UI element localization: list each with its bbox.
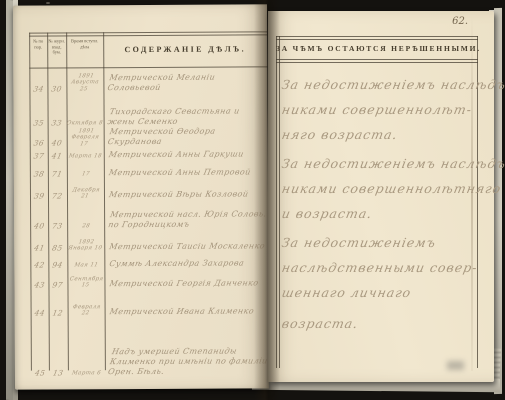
handwriting: За недостиженіемъ xyxy=(281,235,438,250)
handwriting: За недостиженіемъ наслѣдъ xyxy=(281,156,505,171)
ledger-row: 3533Октября 8Тихорадскаго Севастьяна и ж… xyxy=(29,92,267,127)
page-edge-stack-left xyxy=(6,0,13,400)
cell-no: 35 xyxy=(30,118,48,127)
handwriting: 45 xyxy=(34,369,46,378)
cell-no: 34 xyxy=(29,84,47,93)
handwriting: возраста. xyxy=(281,316,360,331)
cell-no: 37 xyxy=(30,152,48,161)
ledger-row: 34301891 Августа 25Метрической Меланіи С… xyxy=(29,68,267,93)
table-rule xyxy=(279,36,280,368)
table-rule xyxy=(29,31,267,33)
handwriting: Метрической Таисіи Москаленко xyxy=(108,242,266,253)
cell-date: Марта 6 xyxy=(68,370,105,378)
handwriting: 13 xyxy=(52,369,64,378)
ledger-row: 4294Мая 11Суммѣ Александра Захарова xyxy=(30,252,268,270)
handwriting: Суммѣ Александра Захарова xyxy=(108,259,245,270)
cell-journal: 94 xyxy=(48,261,67,270)
cell-no: 42 xyxy=(30,261,48,270)
handwriting: Марта 18 xyxy=(68,153,102,159)
archive-smudge xyxy=(447,361,464,370)
handwriting: Марта 6 xyxy=(71,370,101,376)
handwriting: Метрической Ѳеодора Скурданова xyxy=(107,126,270,147)
cell-no: 43 xyxy=(30,281,48,290)
ledger-row: 4412Февраля 22Метрической Ивана Клименко xyxy=(30,289,268,318)
right-table-title: ЗА ЧѢМЪ ОСТАЮТСЯ НЕРѢШЕННЫМИ. xyxy=(276,44,478,53)
column-header-journal: № журн. вход. бум. xyxy=(47,38,66,66)
ledger-row: 3741Марта 18Метрической Анны Гаркуши xyxy=(30,147,268,161)
ledger-row: 4397Сентября 15Метрической Георгія Данче… xyxy=(30,269,268,290)
handwriting: Надъ умершей Степаниды Клименко при имѣн… xyxy=(107,346,272,378)
cell-journal: 12 xyxy=(49,309,68,318)
cell-date: 28 xyxy=(67,223,104,231)
table-rule xyxy=(29,34,267,36)
handwriting: 30 xyxy=(51,84,63,93)
reason-line: За недостиженіемъ наслѣдъ xyxy=(282,77,474,102)
handwriting: Метрической Ивана Клименко xyxy=(109,307,255,318)
cell-date: Сентября 15 xyxy=(67,276,104,290)
handwriting: 40 xyxy=(33,222,45,231)
ledger-row: 36401891 Февраля 17Метрической Ѳеодора С… xyxy=(30,126,268,148)
handwriting: Метрической Анны Петровой xyxy=(108,168,252,179)
handwriting: Февраля 22 xyxy=(66,304,105,317)
reason-line: никами совершеннолѣтняго xyxy=(282,181,474,206)
page-number: 62. xyxy=(452,16,468,27)
cell-date: Марта 18 xyxy=(67,153,104,161)
handwriting: 17 xyxy=(81,171,90,177)
cell-journal: 13 xyxy=(49,369,68,378)
handwriting: Метрической насл. Юрія Соловь. по Городн… xyxy=(107,209,270,230)
cell-journal: 33 xyxy=(48,118,67,127)
cell-text: Метрической Георгія Данченко xyxy=(104,279,268,290)
reason-line: За недостиженіемъ xyxy=(282,235,474,260)
ledger-row: 4513Марта 6Надъ умершей Степаниды Климен… xyxy=(31,317,269,378)
cell-no: 45 xyxy=(31,369,49,378)
cell-journal: 85 xyxy=(48,244,67,253)
cell-no: 36 xyxy=(30,139,48,148)
cell-journal: 73 xyxy=(48,222,67,231)
handwriting: 43 xyxy=(33,281,45,290)
cell-text: Метрической Таисіи Москаленко xyxy=(104,242,268,253)
cell-date: Февраля 22 xyxy=(68,304,105,318)
cell-text: Метрической Ивана Клименко xyxy=(105,307,269,318)
handwriting: Декабря 21 xyxy=(66,187,105,200)
ledger-row: 407328Метрической насл. Юрія Соловь. по … xyxy=(30,200,268,231)
handwriting: 1892 Января 10 xyxy=(66,239,105,252)
handwriting: 38 xyxy=(33,170,45,179)
dust-speck xyxy=(46,2,50,4)
cell-text: Метрической Меланіи Соловьевой xyxy=(103,72,267,93)
cell-date: Декабря 21 xyxy=(67,187,104,201)
handwriting: За недостиженіемъ наслѣдъ xyxy=(281,77,505,92)
cell-journal: 97 xyxy=(48,281,67,290)
cell-date: 1891 Февраля 17 xyxy=(67,128,104,148)
cell-text: Метрической Вѣры Козловой xyxy=(104,190,268,201)
handwriting: 1891 Августа 25 xyxy=(65,73,106,92)
handwriting: Тихорадскаго Севастьяна и жены Семенко xyxy=(107,106,270,127)
handwriting: 73 xyxy=(52,222,64,231)
handwriting: Метрической Анны Гаркуши xyxy=(108,150,245,161)
ledger-row: 41851892 Января 10Метрической Таисіи Мос… xyxy=(30,230,268,253)
ledger-rows: 34301891 Августа 25Метрической Меланіи С… xyxy=(29,68,269,378)
cell-date: 1892 Января 10 xyxy=(67,239,104,253)
cell-text: Тихорадскаго Севастьяна и жены Семенко xyxy=(104,106,268,127)
handwriting: няго возраста. xyxy=(281,127,400,142)
cell-date: 1891 Августа 25 xyxy=(66,73,103,93)
cell-journal: 72 xyxy=(48,192,67,201)
cell-text: Метрической Ѳеодора Скурданова xyxy=(104,126,268,147)
handwriting: 28 xyxy=(81,223,90,229)
table-rule xyxy=(276,62,478,63)
table-rule xyxy=(276,36,277,368)
handwriting: 1891 Февраля 17 xyxy=(65,128,106,147)
reason-line: шеннаго личнаго xyxy=(282,285,474,310)
cell-no: 44 xyxy=(31,309,49,318)
right-page: ЗА ЧѢМЪ ОСТАЮТСЯ НЕРѢШЕННЫМИ. 62. За нед… xyxy=(268,11,494,382)
handwriting: 42 xyxy=(33,261,45,270)
cell-text: Суммѣ Александра Захарова xyxy=(104,259,268,270)
cell-date: Октября 8 xyxy=(67,120,104,128)
ledger-photo: № по пор. № журн. вход. бум. Время вступ… xyxy=(0,0,505,400)
table-rule xyxy=(276,59,478,60)
cell-journal: 71 xyxy=(48,170,67,179)
page-edge-stack-right xyxy=(494,8,502,394)
handwriting: 34 xyxy=(32,85,44,94)
handwriting: шеннаго личнаго xyxy=(281,285,413,300)
handwriting: 85 xyxy=(52,244,64,253)
handwriting: 44 xyxy=(34,309,46,318)
handwriting: 41 xyxy=(51,152,63,161)
handwriting: 39 xyxy=(33,192,45,201)
handwriting: 12 xyxy=(52,309,64,318)
reason-line: возраста. xyxy=(282,316,474,341)
left-page: № по пор. № журн. вход. бум. Время вступ… xyxy=(13,4,269,389)
handwriting: Октября 8 xyxy=(67,120,104,127)
cell-date: 17 xyxy=(67,171,104,179)
table-rule xyxy=(276,39,478,40)
handwriting: и возраста. xyxy=(281,206,374,221)
reason-line: За недостиженіемъ наслѣдъ xyxy=(282,156,474,181)
handwriting: Метрической Меланіи Соловьевой xyxy=(106,72,269,93)
cell-date: Мая 11 xyxy=(67,262,104,270)
handwriting: 71 xyxy=(51,170,63,179)
reason-line: наслѣдственными совер- xyxy=(282,260,474,285)
handwriting: никами совершеннолѣтняго xyxy=(281,181,503,196)
ledger-row: 387117Метрической Анны Петровой xyxy=(30,160,268,179)
handwriting: 94 xyxy=(52,261,64,270)
cell-journal: 41 xyxy=(48,152,67,161)
handwriting: 41 xyxy=(33,244,45,253)
handwriting: 37 xyxy=(33,152,45,161)
handwriting: Метрической Вѣры Козловой xyxy=(108,190,249,201)
column-header-number: № по пор. xyxy=(29,38,47,66)
reason-line: никами совершеннолѣт- xyxy=(282,102,474,127)
cell-text: Метрической насл. Юрія Соловь. по Городн… xyxy=(104,209,268,230)
handwriting: 40 xyxy=(51,139,63,148)
cell-text: Надъ умершей Степаниды Клименко при имѣн… xyxy=(105,346,269,378)
table-rule xyxy=(276,36,478,37)
handwriting: наслѣдственными совер- xyxy=(281,260,480,275)
reason-lines: За недостиженіемъ наслѣдъниками совершен… xyxy=(282,77,474,341)
handwriting: 72 xyxy=(51,192,63,201)
handwriting: 35 xyxy=(33,119,45,128)
column-header-date: Время вступл. дѣла xyxy=(66,38,103,66)
cell-text: Метрической Анны Петровой xyxy=(104,168,268,179)
handwriting: 36 xyxy=(33,139,45,148)
handwriting: 97 xyxy=(52,281,64,290)
cell-no: 41 xyxy=(30,244,48,253)
cell-text: Метрической Анны Гаркуши xyxy=(104,150,268,161)
cell-no: 39 xyxy=(30,192,48,201)
reason-line: и возраста. xyxy=(282,206,474,231)
left-table-title: СОДЕРЖАНІЕ ДѢЛЪ. xyxy=(103,44,267,54)
ledger-row: 3972Декабря 21Метрической Вѣры Козловой xyxy=(30,178,268,201)
handwriting: 33 xyxy=(51,118,63,127)
handwriting: Сентября 15 xyxy=(66,276,105,289)
cell-no: 40 xyxy=(30,222,48,231)
handwriting: никами совершеннолѣт- xyxy=(281,102,474,117)
reason-line: няго возраста. xyxy=(282,127,474,152)
handwriting: Мая 11 xyxy=(73,262,98,268)
handwriting: Метрической Георгія Данченко xyxy=(108,279,259,290)
cell-no: 38 xyxy=(30,170,48,179)
